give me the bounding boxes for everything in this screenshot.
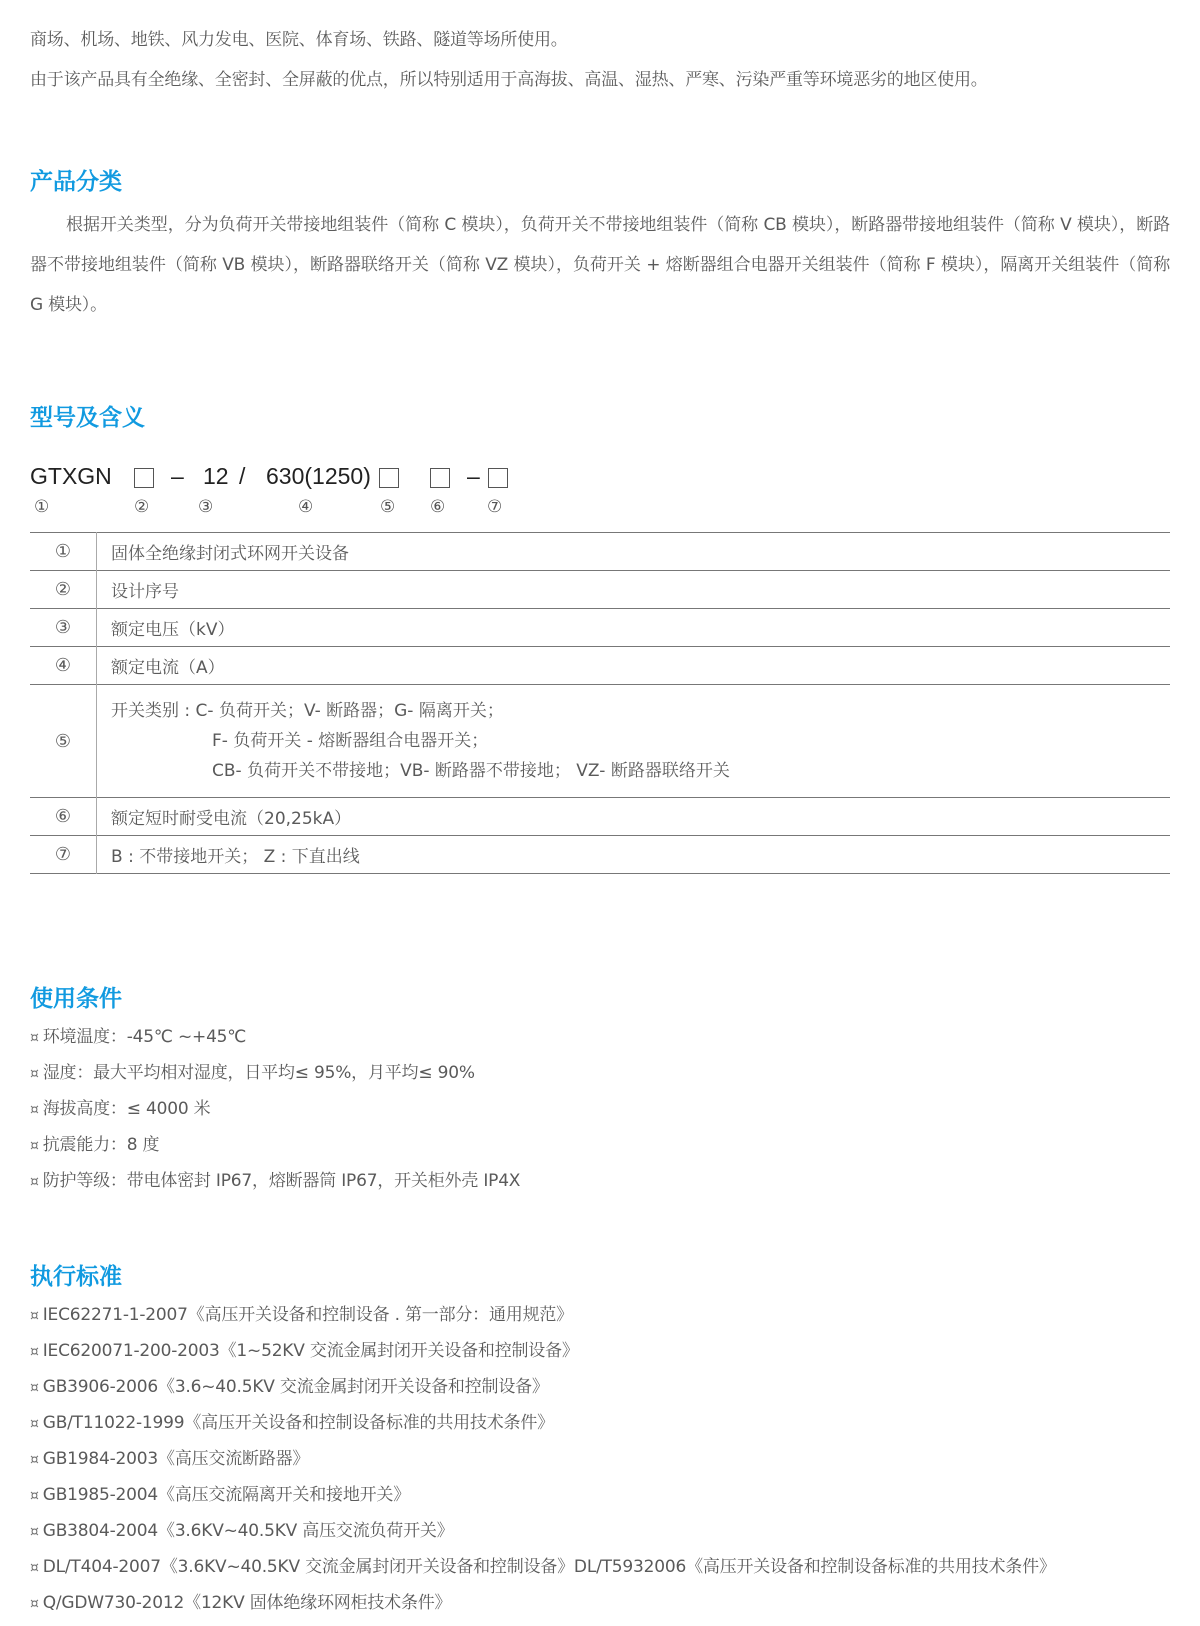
intro-text: 商场、机场、地铁、风力发电、医院、体育场、铁路、隧道等场所使用。 由于该产品具有… [30,20,988,100]
row-index: ④ [30,647,97,685]
table-row: ⑤ 开关类别 : C- 负荷开关；V- 断路器；G- 隔离开关； F- 负荷开关… [30,685,1170,798]
marker: ⑤ [380,497,395,517]
model-dash: – [171,463,184,490]
marker: ④ [298,497,313,517]
row-description: 额定电压（kV） [97,609,1171,647]
list-item: ¤湿度：最大平均相对湿度，日平均≤ 95%，月平均≤ 90% [30,1056,520,1092]
row-description: 额定短时耐受电流（20,25kA） [97,798,1171,836]
placeholder-box-icon [134,468,154,488]
standards-list: ¤IEC62271-1-2007《高压开关设备和控制设备 . 第一部分：通用规范… [30,1298,1056,1622]
list-item: ¤环境温度：-45℃ ~+45℃ [30,1020,520,1056]
list-item: ¤IEC62271-1-2007《高压开关设备和控制设备 . 第一部分：通用规范… [30,1298,1056,1334]
marker: ② [134,497,149,517]
table-row: ⑦ B : 不带接地开关； Z : 下直出线 [30,836,1170,874]
list-item: ¤GB3906-2006《3.6~40.5KV 交流金属封闭开关设备和控制设备》 [30,1370,1056,1406]
classification-paragraph: 根据开关类型，分为负荷开关带接地组装件（简称 C 模块），负荷开关不带接地组装件… [30,205,1170,325]
row-description: 额定电流（A） [97,647,1171,685]
bullet-icon: ¤ [30,1102,39,1118]
model-code: GTXGN – 12 / 630(1250) – [30,463,630,493]
row-index: ② [30,571,97,609]
bullet-icon: ¤ [30,1488,39,1504]
marker: ⑦ [487,497,502,517]
table-row: ① 固体全绝缘封闭式环网开关设备 [30,533,1170,571]
bullet-icon: ¤ [30,1416,39,1432]
marker: ① [34,497,49,517]
switch-type-line: F- 负荷开关 - 熔断器组合电器开关； [111,726,1170,756]
bullet-icon: ¤ [30,1066,39,1082]
section-heading-model: 型号及含义 [30,403,145,433]
model-prefix: GTXGN [30,463,112,490]
table-row: ⑥ 额定短时耐受电流（20,25kA） [30,798,1170,836]
model-meaning-table: ① 固体全绝缘封闭式环网开关设备 ② 设计序号 ③ 额定电压（kV） ④ 额定电… [30,532,1170,874]
row-description: 开关类别 : C- 负荷开关；V- 断路器；G- 隔离开关； F- 负荷开关 -… [97,685,1171,798]
bullet-icon: ¤ [30,1030,39,1046]
section-heading-conditions: 使用条件 [30,984,122,1014]
list-item: ¤Q/GDW730-2012《12KV 固体绝缘环网柜技术条件》 [30,1586,1056,1622]
list-item: ¤GB/T11022-1999《高压开关设备和控制设备标准的共用技术条件》 [30,1406,1056,1442]
placeholder-box-icon [379,468,399,488]
model-markers: ① ② ③ ④ ⑤ ⑥ ⑦ [30,497,630,521]
bullet-icon: ¤ [30,1174,39,1190]
row-index: ③ [30,609,97,647]
row-index: ⑦ [30,836,97,874]
bullet-icon: ¤ [30,1452,39,1468]
row-index: ⑤ [30,685,97,798]
model-slash: / [239,463,245,490]
list-item: ¤防护等级：带电体密封 IP67，熔断器筒 IP67，开关柜外壳 IP4X [30,1164,520,1200]
bullet-icon: ¤ [30,1380,39,1396]
section-heading-standards: 执行标准 [30,1262,122,1292]
model-voltage: 12 [203,463,229,490]
bullet-icon: ¤ [30,1560,39,1576]
table-row: ③ 额定电压（kV） [30,609,1170,647]
placeholder-box-icon [488,468,508,488]
intro-line: 商场、机场、地铁、风力发电、医院、体育场、铁路、隧道等场所使用。 [30,20,988,60]
row-description: 设计序号 [97,571,1171,609]
marker: ⑥ [430,497,445,517]
table-row: ② 设计序号 [30,571,1170,609]
marker: ③ [198,497,213,517]
bullet-icon: ¤ [30,1344,39,1360]
bullet-icon: ¤ [30,1596,39,1612]
list-item: ¤海拔高度：≤ 4000 米 [30,1092,520,1128]
list-item: ¤GB1985-2004《高压交流隔离开关和接地开关》 [30,1478,1056,1514]
model-dash: – [467,463,480,490]
bullet-icon: ¤ [30,1138,39,1154]
row-description: 固体全绝缘封闭式环网开关设备 [97,533,1171,571]
table-row: ④ 额定电流（A） [30,647,1170,685]
placeholder-box-icon [430,468,450,488]
list-item: ¤GB1984-2003《高压交流断路器》 [30,1442,1056,1478]
model-current: 630(1250) [266,463,371,490]
list-item: ¤GB3804-2004《3.6KV~40.5KV 高压交流负荷开关》 [30,1514,1056,1550]
row-description: B : 不带接地开关； Z : 下直出线 [97,836,1171,874]
switch-type-line: CB- 负荷开关不带接地；VB- 断路器不带接地； VZ- 断路器联络开关 [111,756,1170,786]
section-heading-classification: 产品分类 [30,167,122,197]
list-item: ¤抗震能力：8 度 [30,1128,520,1164]
list-item: ¤DL/T404-2007《3.6KV~40.5KV 交流金属封闭开关设备和控制… [30,1550,1056,1586]
switch-type-line: 开关类别 : C- 负荷开关；V- 断路器；G- 隔离开关； [111,696,1170,726]
list-item: ¤IEC620071-200-2003《1~52KV 交流金属封闭开关设备和控制… [30,1334,1056,1370]
bullet-icon: ¤ [30,1524,39,1540]
bullet-icon: ¤ [30,1308,39,1324]
intro-line: 由于该产品具有全绝缘、全密封、全屏蔽的优点，所以特别适用于高海拔、高温、湿热、严… [30,60,988,100]
row-index: ① [30,533,97,571]
row-index: ⑥ [30,798,97,836]
conditions-list: ¤环境温度：-45℃ ~+45℃ ¤湿度：最大平均相对湿度，日平均≤ 95%，月… [30,1020,520,1200]
